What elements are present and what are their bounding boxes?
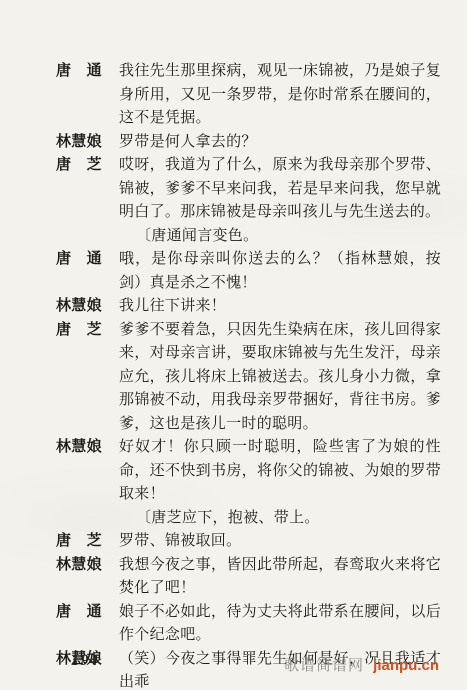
page-footer: 194 歌谱简谱网 jianpu.cn (56, 650, 441, 676)
book-page: 唐 通 我往先生那里探病，观见一床锦被，乃是娘子复身所用，又见一条罗带，是你时常… (0, 0, 467, 690)
script-line: 唐 通 娘子不必如此，待为丈夫将此带系在腰间，以后作个纪念吧。 (56, 601, 441, 648)
script-line: 唐 通 我往先生那里探病，观见一床锦被，乃是娘子复身所用，又见一条罗带，是你时常… (56, 60, 441, 131)
watermark: 歌谱简谱网 jianpu.cn (284, 654, 439, 675)
speaker-name: 林慧娘 (56, 295, 104, 319)
dialogue-text: 爹爹不要着急，只因先生染病在床，孩儿回得家来，对母亲言讲，要取床锦被与先生发汗，… (119, 319, 441, 437)
script-line: 林慧娘 我想今夜之事，皆因此带所起，春鸾取火来将它焚化了吧！ (56, 554, 441, 601)
stage-direction: 〔唐芝应下，抱被、带上。 (119, 507, 441, 531)
dialogue-text: 我往先生那里探病，观见一床锦被，乃是娘子复身所用，又见一条罗带，是你时常系在腰间… (119, 60, 441, 131)
page-number: 194 (71, 652, 100, 670)
script-line: 林慧娘 罗带是何人拿去的？ (56, 131, 441, 155)
script-line: 唐 芝 哎呀，我道为了什么，原来为我母亲那个罗带、锦被，爹爹不早来问我，若是早来… (56, 154, 441, 225)
speaker-name: 唐 芝 (56, 154, 104, 225)
dialogue-text: 娘子不必如此，待为丈夫将此带系在腰间，以后作个纪念吧。 (119, 601, 441, 648)
stage-direction: 〔唐通闻言变色。 (119, 225, 441, 249)
speaker-name: 林慧娘 (56, 131, 104, 155)
watermark-site-url: jianpu.cn (373, 657, 439, 674)
script-line: 唐 芝 爹爹不要着急，只因先生染病在床，孩儿回得家来，对母亲言讲，要取床锦被与先… (56, 319, 441, 437)
dialogue-text: 我儿往下讲来！ (119, 295, 441, 319)
script-text-block: 唐 通 我往先生那里探病，观见一床锦被，乃是娘子复身所用，又见一条罗带，是你时常… (56, 60, 441, 690)
speaker-name: 唐 通 (56, 601, 104, 648)
dialogue-text: 哎呀，我道为了什么，原来为我母亲那个罗带、锦被，爹爹不早来问我，若是早来问我，您… (119, 154, 441, 225)
speaker-name: 唐 芝 (56, 530, 104, 554)
dialogue-text: 罗带是何人拿去的？ (119, 131, 441, 155)
speaker-name: 唐 通 (56, 60, 104, 131)
script-line: 〔唐芝应下，抱被、带上。 (56, 507, 441, 531)
speaker-name: 唐 芝 (56, 319, 104, 437)
dialogue-text: 好奴才！你只顾一时聪明，险些害了为娘的性命，还不快到书房，将你父的锦被、为娘的罗… (119, 436, 441, 507)
dialogue-text: 罗带、锦被取回。 (119, 530, 441, 554)
speaker-name: 林慧娘 (56, 436, 104, 507)
dialogue-text: 哦，是你母亲叫你送去的么？（指林慧娘，按剑）真是杀之不愧！ (119, 248, 441, 295)
script-line: 唐 芝 罗带、锦被取回。 (56, 530, 441, 554)
script-line: 唐 通 哦，是你母亲叫你送去的么？（指林慧娘，按剑）真是杀之不愧！ (56, 248, 441, 295)
speaker-name: 唐 通 (56, 248, 104, 295)
script-line: 林慧娘 我儿往下讲来！ (56, 295, 441, 319)
script-line: 〔唐通闻言变色。 (56, 225, 441, 249)
script-line: 林慧娘 好奴才！你只顾一时聪明，险些害了为娘的性命，还不快到书房，将你父的锦被、… (56, 436, 441, 507)
watermark-site-name: 歌谱简谱网 (284, 657, 364, 674)
speaker-name: 林慧娘 (56, 554, 104, 601)
dialogue-text: 我想今夜之事，皆因此带所起，春鸾取火来将它焚化了吧！ (119, 554, 441, 601)
